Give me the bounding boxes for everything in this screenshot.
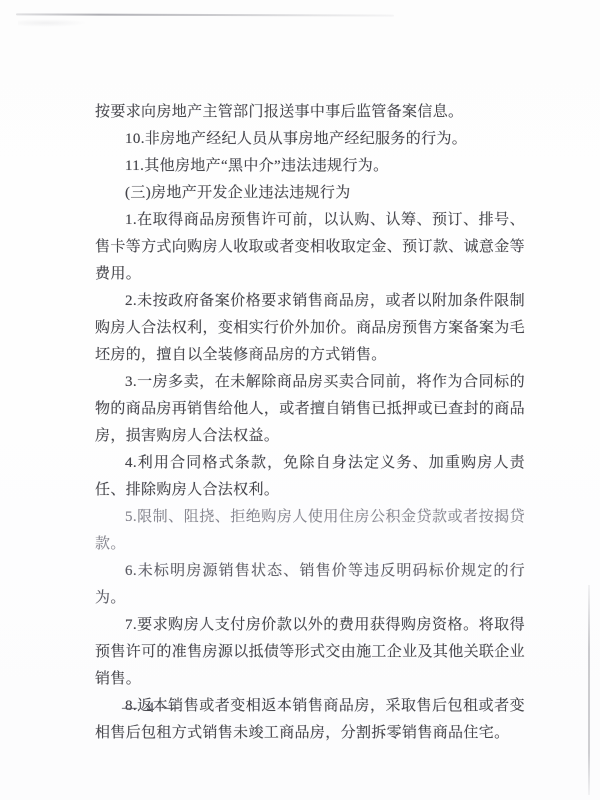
paragraph: 3.一房多卖，在未解除商品房买卖合同前，将作为合同标的物的商品房再销售给他人，或… <box>95 369 525 450</box>
paragraph: 1.在取得商品房预售许可前，以认购、认筹、预订、排号、售卡等方式向购房人收取或者… <box>95 207 525 288</box>
page-number: — 4 — <box>122 700 182 717</box>
document-body: 按要求向房地产主管部门报送事中事后监管备案信息。10.非房地产经纪人员从事房地产… <box>95 99 525 747</box>
paragraph: (三)房地产开发企业违法违规行为 <box>95 180 525 207</box>
paragraph: 4.利用合同格式条款，免除自身法定义务、加重购房人责任、排除购房人合法权利。 <box>95 450 525 504</box>
paragraph: 11.其他房地产“黑中介”违法违规行为。 <box>95 153 525 180</box>
scan-line-artifact <box>16 13 394 16</box>
scanned-document-page: 按要求向房地产主管部门报送事中事后监管备案信息。10.非房地产经纪人员从事房地产… <box>0 0 600 800</box>
scan-smudge-artifact <box>18 19 88 27</box>
paragraph: 10.非房地产经纪人员从事房地产经纪服务的行为。 <box>95 126 525 153</box>
paragraph: 6.未标明房源销售状态、销售价等违反明码标价规定的行为。 <box>95 558 525 612</box>
paragraph: 5.限制、阻挠、拒绝购房人使用住房公积金贷款或者按揭贷款。 <box>95 504 525 558</box>
paragraph: 2.未按政府备案价格要求销售商品房，或者以附加条件限制购房人合法权利，变相实行价… <box>95 288 525 369</box>
paper-edge-artifact <box>588 585 590 795</box>
paragraph: 按要求向房地产主管部门报送事中事后监管备案信息。 <box>95 99 525 126</box>
paragraph: 7.要求购房人支付房价款以外的费用获得购房资格。将取得预售许可的准售房源以抵债等… <box>95 612 525 693</box>
